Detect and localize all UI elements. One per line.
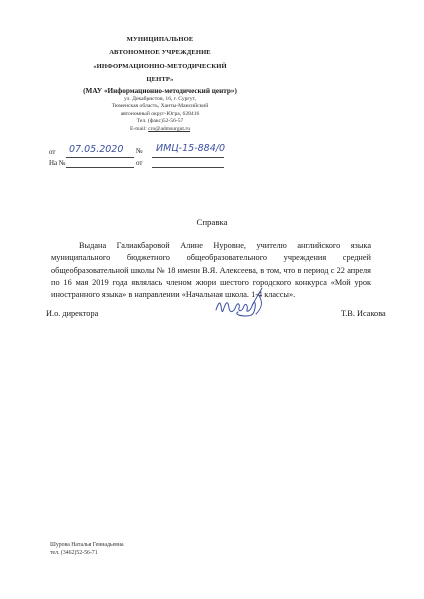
on-number-underline <box>66 167 134 168</box>
signer-position: И.о. директора <box>46 309 98 318</box>
on-number-label: На № <box>49 159 66 167</box>
org-address-line-2: Тюменская область, Ханты-Мансийский <box>62 103 258 111</box>
contact-phone: тел. (3462)52-56-71 <box>50 549 124 557</box>
on-from-label: от <box>136 159 142 167</box>
org-name-line-2: АВТОНОМНОЕ УЧРЕЖДЕНИЕ <box>62 46 258 59</box>
footer-contact: Шурова Наталья Геннадьевна тел. (3462)52… <box>50 541 124 557</box>
signatory-name: Т.В. Исакова <box>341 309 386 318</box>
date-underline <box>66 157 134 158</box>
org-short-name: (МАУ «Информационно-методический центр») <box>62 86 258 96</box>
org-phone: Тел. (факс)52-56-57 <box>62 118 258 126</box>
on-from-underline <box>152 167 224 168</box>
outgoing-ref-row: от <box>49 148 55 156</box>
document-body: Выдана Галиакбаровой Алине Нуровне, учит… <box>51 240 371 301</box>
handwritten-signature <box>212 284 272 320</box>
number-underline <box>152 157 224 158</box>
number-label: № <box>136 147 143 155</box>
contact-name: Шурова Наталья Геннадьевна <box>50 541 124 549</box>
from-label: от <box>49 148 55 156</box>
outgoing-date: 07.05.2020 <box>69 144 123 155</box>
document-title: Справка <box>0 217 424 227</box>
organization-header: МУНИЦИПАЛЬНОЕ АВТОНОМНОЕ УЧРЕЖДЕНИЕ «ИНФ… <box>62 33 258 134</box>
org-name-line-4: ЦЕНТР» <box>62 73 258 86</box>
org-name-line-1: МУНИЦИПАЛЬНОЕ <box>62 33 258 46</box>
org-email: E-mail: cro@admsurgut.ru <box>62 126 258 134</box>
email-label: E-mail: <box>130 126 148 132</box>
org-name-line-3: «ИНФОРМАЦИОННО-МЕТОДИЧЕСКИЙ <box>62 60 258 73</box>
outgoing-number: ИМЦ-15-884/0 <box>156 143 225 154</box>
email-link[interactable]: cro@admsurgut.ru <box>148 126 190 132</box>
